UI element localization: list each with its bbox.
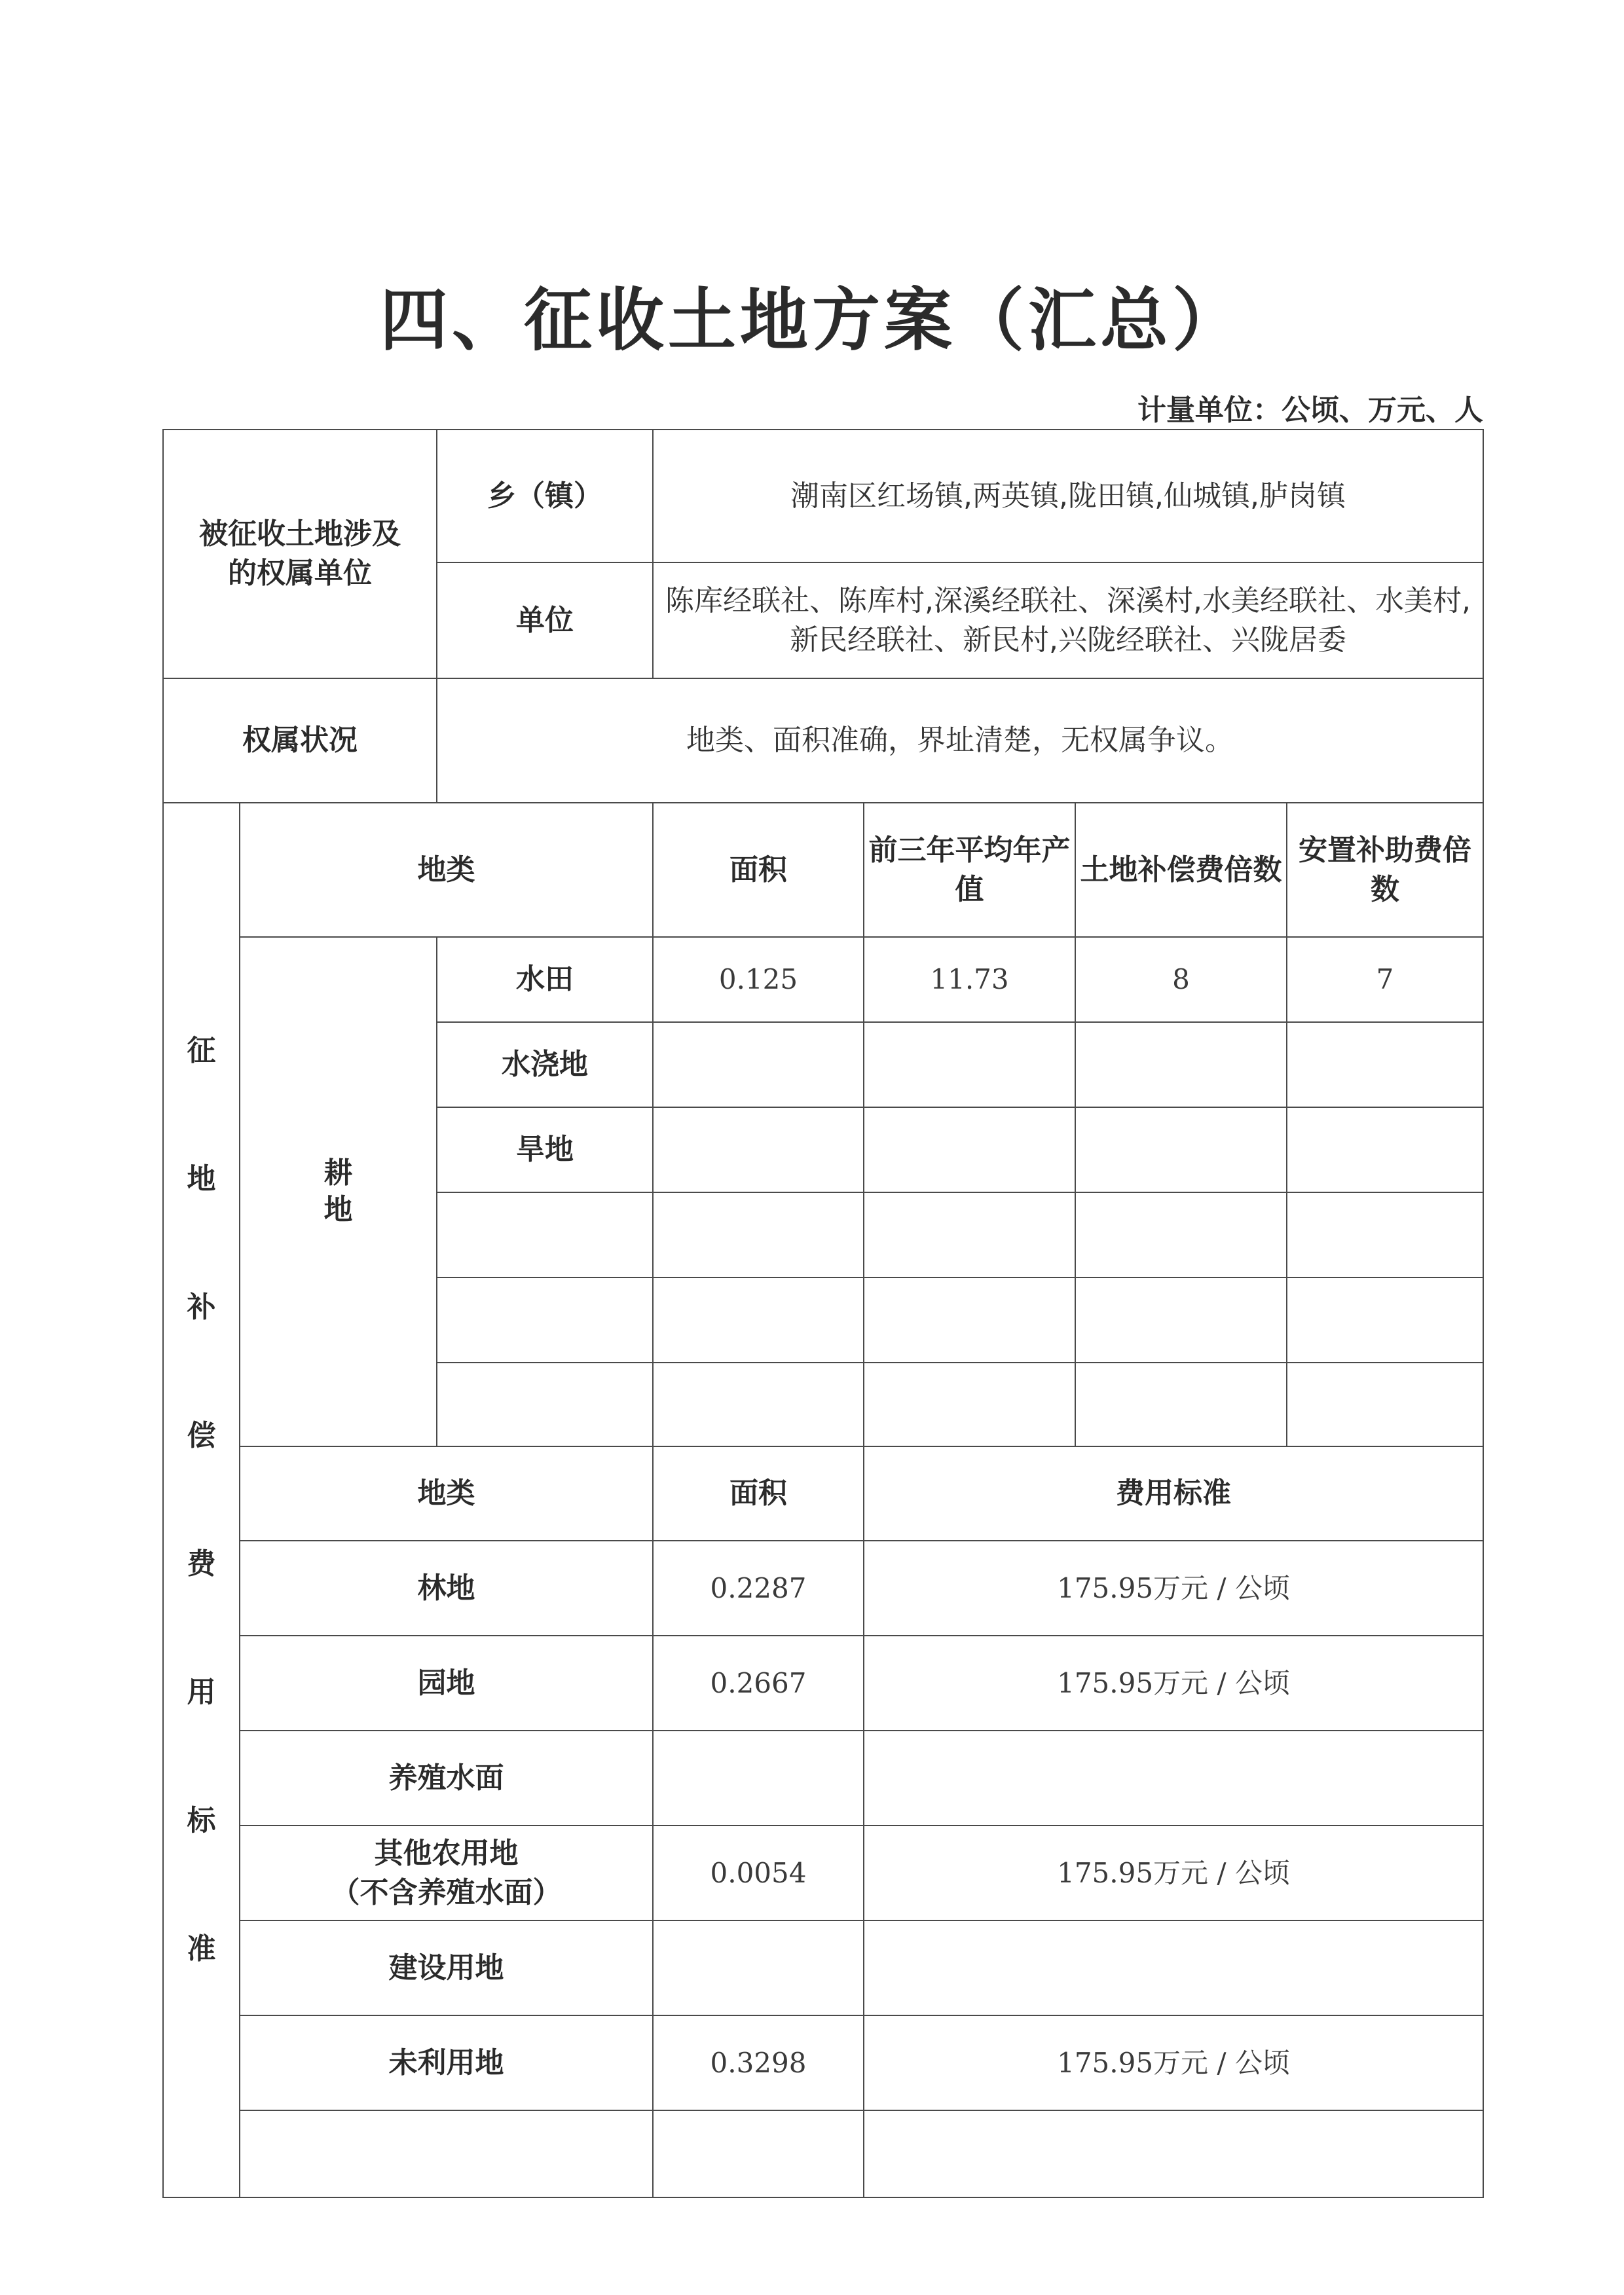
ownership-section-label: 被征收土地涉及的权属单位 xyxy=(162,429,437,679)
ownership-section-text: 被征收土地涉及的权属单位 xyxy=(192,515,408,593)
farmland-land-comp-multiple xyxy=(1075,1277,1287,1363)
other-land-type: 林地 xyxy=(239,1540,654,1636)
other-land-fee: 175.95万元 / 公顷 xyxy=(863,2015,1484,2111)
farmland-land-comp-multiple: 8 xyxy=(1075,936,1287,1023)
other-land-area xyxy=(652,1920,864,2016)
other-land-type: 未利用地 xyxy=(239,2015,654,2111)
farmland-label: 耕地 xyxy=(239,936,437,1447)
other-land-area xyxy=(652,2110,864,2198)
farmland-header-area: 面积 xyxy=(652,802,864,938)
farmland-label-text: 耕地 xyxy=(322,1155,355,1228)
farmland-resettle-multiple xyxy=(1286,1277,1484,1363)
farmland-header-land-type: 地类 xyxy=(239,802,654,938)
land-acquisition-table: 被征收土地涉及的权属单位 乡（镇） 潮南区红场镇,两英镇,陇田镇,仙城镇,胪岗镇… xyxy=(162,429,1484,2198)
side-char: 用 xyxy=(187,1673,216,1712)
farmland-resettle-multiple xyxy=(1286,1107,1484,1193)
farmland-type: 旱地 xyxy=(436,1107,654,1193)
unit-label: 计量单位：公顷、万元、人 xyxy=(1137,386,1483,428)
township-value: 潮南区红场镇,两英镇,陇田镇,仙城镇,胪岗镇 xyxy=(652,429,1484,563)
other-land-area: 0.0054 xyxy=(652,1825,864,1921)
farmland-avg-output xyxy=(863,1192,1076,1278)
side-char: 标 xyxy=(187,1801,216,1841)
farmland-area xyxy=(652,1362,864,1447)
side-char: 补 xyxy=(187,1288,216,1327)
farmland-resettle-multiple xyxy=(1286,1021,1484,1108)
other-land-fee xyxy=(863,2110,1484,2198)
farmland-land-comp-multiple xyxy=(1075,1021,1287,1108)
side-char: 地 xyxy=(187,1160,216,1199)
farmland-land-comp-multiple xyxy=(1075,1107,1287,1193)
ownership-status-label: 权属状况 xyxy=(162,678,437,803)
farmland-header-resettle-multiple: 安置补助费倍数 xyxy=(1286,802,1484,938)
farmland-resettle-multiple: 7 xyxy=(1286,936,1484,1023)
other-land-fee: 175.95万元 / 公顷 xyxy=(863,1540,1484,1636)
other-land-type: 其他农用地 （不含养殖水面） xyxy=(239,1825,654,1921)
farmland-land-comp-multiple xyxy=(1075,1362,1287,1447)
side-char: 偿 xyxy=(187,1416,216,1456)
other-land-fee xyxy=(863,1920,1484,2016)
other-land-type xyxy=(239,2110,654,2198)
farmland-resettle-multiple xyxy=(1286,1362,1484,1447)
side-char: 准 xyxy=(187,1930,216,1969)
other-land-area xyxy=(652,1730,864,1826)
other-header-fee-standard: 费用标准 xyxy=(863,1446,1484,1541)
farmland-type xyxy=(436,1277,654,1363)
farmland-avg-output xyxy=(863,1021,1076,1108)
farmland-avg-output xyxy=(863,1362,1076,1447)
other-land-fee: 175.95万元 / 公顷 xyxy=(863,1635,1484,1731)
other-land-type: 建设用地 xyxy=(239,1920,654,2016)
unit-row-label: 单位 xyxy=(436,562,654,679)
farmland-area xyxy=(652,1107,864,1193)
other-land-fee: 175.95万元 / 公顷 xyxy=(863,1825,1484,1921)
other-land-area: 0.2667 xyxy=(652,1635,864,1731)
ownership-status-value: 地类、面积准确，界址清楚，无权属争议。 xyxy=(436,678,1484,803)
farmland-area xyxy=(652,1277,864,1363)
other-land-type-line1: 其他农用地 xyxy=(375,1834,519,1873)
other-header-area: 面积 xyxy=(652,1446,864,1541)
side-char: 征 xyxy=(187,1031,216,1071)
farmland-area xyxy=(652,1021,864,1108)
farmland-type xyxy=(436,1192,654,1278)
other-land-area: 0.2287 xyxy=(652,1540,864,1636)
other-land-fee xyxy=(863,1730,1484,1826)
compensation-side-label: 征 地 补 偿 费 用 标 准 xyxy=(162,802,240,2198)
farmland-area xyxy=(652,1192,864,1278)
farmland-area: 0.125 xyxy=(652,936,864,1023)
farmland-avg-output xyxy=(863,1107,1076,1193)
page-title: 四、征收土地方案（汇总） xyxy=(0,265,1624,363)
other-header-land-type: 地类 xyxy=(239,1446,654,1541)
farmland-header-land-comp-multiple: 土地补偿费倍数 xyxy=(1075,802,1287,938)
side-char: 费 xyxy=(187,1545,216,1584)
other-land-type: 养殖水面 xyxy=(239,1730,654,1826)
farmland-type xyxy=(436,1362,654,1447)
other-land-area: 0.3298 xyxy=(652,2015,864,2111)
other-land-type-line2: （不含养殖水面） xyxy=(331,1873,562,1913)
township-label: 乡（镇） xyxy=(436,429,654,563)
farmland-header-avg-output: 前三年平均年产值 xyxy=(863,802,1076,938)
other-land-type: 园地 xyxy=(239,1635,654,1731)
farmland-avg-output: 11.73 xyxy=(863,936,1076,1023)
farmland-avg-output xyxy=(863,1277,1076,1363)
farmland-type: 水浇地 xyxy=(436,1021,654,1108)
farmland-land-comp-multiple xyxy=(1075,1192,1287,1278)
unit-row-value: 陈库经联社、陈库村,深溪经联社、深溪村,水美经联社、水美村,新民经联社、新民村,… xyxy=(652,562,1484,679)
farmland-type: 水田 xyxy=(436,936,654,1023)
farmland-resettle-multiple xyxy=(1286,1192,1484,1278)
